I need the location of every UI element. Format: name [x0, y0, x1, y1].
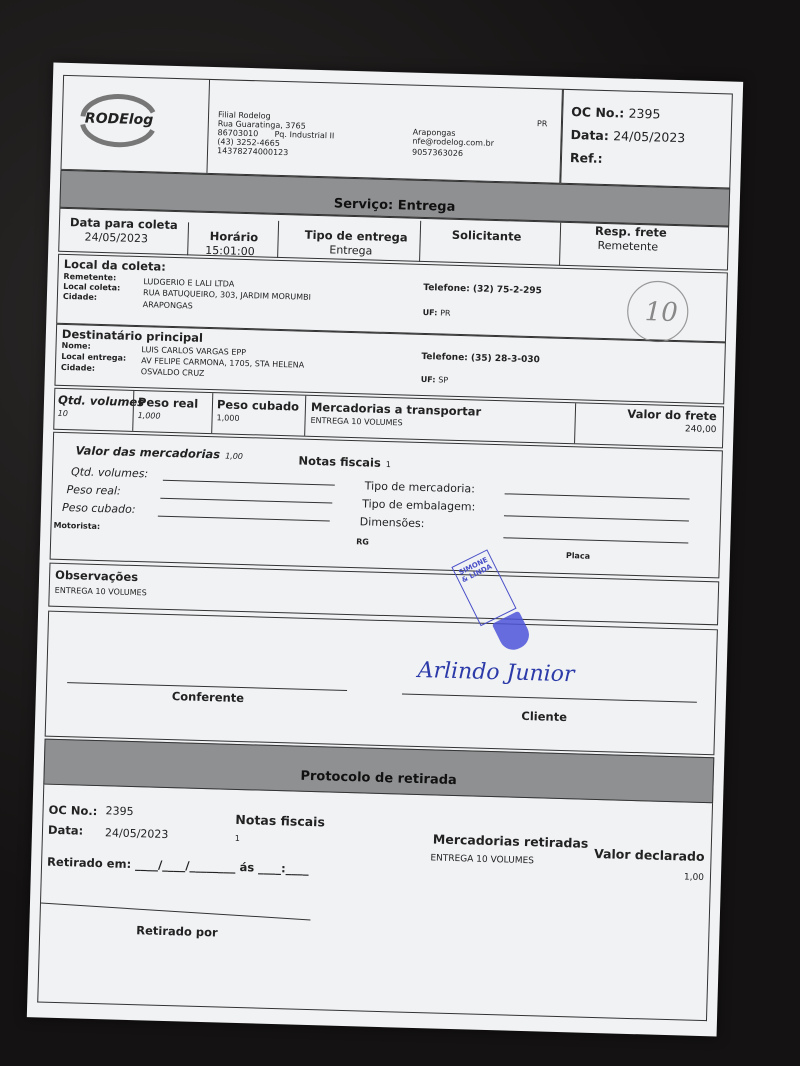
- rodelog-logo-icon: RODElog: [72, 88, 164, 150]
- pickup-title: Local da coleta:: [64, 257, 166, 274]
- withdrawal-invoices-label: Notas fiscais: [235, 812, 325, 829]
- pickup-address-label: Local coleta:: [63, 282, 120, 293]
- field-qtd-volumes-label: Qtd. volumes:: [71, 465, 148, 480]
- signatures-section: Conferente Arlindo Junior Cliente: [45, 611, 718, 756]
- divider: [187, 222, 189, 255]
- cargo-col-0-value: 10: [58, 409, 68, 418]
- pickup-address: RUA BATUQUEIRO, 303, JARDIM MORUMBI: [143, 288, 311, 302]
- field-dimensoes-label: Dimensões:: [360, 515, 425, 530]
- recipient-name-label: Nome:: [61, 341, 90, 351]
- plate-label: Placa: [566, 551, 590, 561]
- goods-value: 1,00: [225, 452, 243, 461]
- service-col-1-value: 15:01:00: [205, 244, 255, 258]
- handwritten-circle-note-icon: 10: [622, 276, 694, 348]
- service-col-0-value: 24/05/2023: [84, 230, 148, 245]
- field-peso-cubado-label: Peso cubado:: [62, 501, 136, 516]
- pickup-phone-label: Telefone:: [423, 283, 470, 294]
- order-info-box: OC No.: 2395 Data: 24/05/2023 Ref.:: [560, 89, 733, 189]
- ref-label: Ref.:: [570, 150, 603, 166]
- divider: [559, 223, 561, 266]
- oc-value: 2395: [628, 106, 660, 122]
- branch-ie: 9057363026: [412, 148, 463, 158]
- recipient-address-label: Local entrega:: [61, 352, 126, 363]
- header-divider: [206, 80, 210, 173]
- observations-title: Observações: [55, 568, 138, 584]
- service-col-4-value: Remetente: [597, 239, 658, 254]
- divider: [277, 221, 279, 258]
- cargo-col-1-value: 1,000: [138, 411, 161, 421]
- recipient-city-label: Cidade:: [61, 363, 95, 373]
- withdrawal-section: OC No.: 2395 Data: 24/05/2023 Notas fisc…: [37, 785, 713, 1022]
- field-tipo-mercadoria-label: Tipo de mercadoria:: [365, 479, 476, 495]
- driver-label: Motorista:: [53, 521, 100, 531]
- withdrawal-date-label: Data:: [48, 823, 84, 838]
- observations-text: ENTREGA 10 VOLUMES: [55, 586, 147, 598]
- cargo-col-4-value: 240,00: [685, 424, 717, 435]
- branch-district: Pq. Industrial II: [274, 130, 334, 141]
- client-signature-line[interactable]: [402, 694, 697, 703]
- field-qtd-volumes-blank[interactable]: [163, 480, 335, 486]
- svg-text:RODElog: RODElog: [85, 110, 154, 128]
- branch-uf: PR: [537, 119, 548, 128]
- at-label: ás: [239, 860, 254, 874]
- cargo-col-1-label: Peso real: [138, 395, 199, 411]
- header-box: RODElog Filial Rodelog Rua Guaratinga, 3…: [60, 75, 562, 184]
- divider: [132, 391, 134, 431]
- withdrawn-by-label: Retirado por: [136, 923, 218, 939]
- pickup-city-label: Cidade:: [63, 292, 97, 302]
- withdrawn-on-date-field[interactable]: ____/____/________: [135, 857, 236, 874]
- field-dimensoes-blank[interactable]: [503, 537, 688, 543]
- withdrawn-on-label: Retirado em:: [47, 855, 131, 871]
- cargo-col-4-label: Valor do frete: [627, 407, 717, 423]
- oc-label: OC No.:: [571, 104, 624, 120]
- service-col-4-label: Resp. frete: [595, 224, 667, 240]
- withdrawal-title: Protocolo de retirada: [300, 769, 457, 788]
- recipient-city: OSVALDO CRUZ: [141, 367, 205, 378]
- pickup-uf: PR: [440, 308, 451, 317]
- field-peso-cubado-blank[interactable]: [158, 516, 330, 522]
- withdrawal-invoices-value: 1: [235, 834, 240, 843]
- branch-cnpj: 14378274000123: [217, 146, 288, 157]
- svg-text:10: 10: [644, 297, 678, 328]
- service-col-3-label: Solicitante: [452, 228, 522, 244]
- divider: [304, 396, 306, 436]
- service-col-2-label: Tipo de entrega: [305, 228, 408, 245]
- cargo-col-0-label: Qtd. volumes: [58, 393, 144, 409]
- withdrawn-time-field[interactable]: ____:____: [258, 861, 309, 876]
- pickup-phone: (32) 75-2-295: [473, 284, 542, 296]
- pickup-sender-label: Remetente:: [63, 272, 116, 282]
- goods-value-label: Valor das mercadorias: [75, 443, 220, 461]
- service-col-2-value: Entrega: [329, 243, 372, 257]
- field-tipo-mercadoria-blank[interactable]: [505, 493, 690, 499]
- field-peso-real-blank[interactable]: [160, 498, 332, 504]
- rg-label: RG: [356, 537, 369, 546]
- date-value: 24/05/2023: [613, 128, 685, 145]
- invoices-value: 1: [386, 460, 391, 469]
- withdrawal-goods-value: ENTREGA 10 VOLUMES: [430, 853, 534, 866]
- recipient-phone-label: Telefone:: [421, 352, 468, 363]
- delivery-order-document: RODElog Filial Rodelog Rua Guaratinga, 3…: [27, 63, 743, 1037]
- pickup-sender: LUDGERIO E LALI LTDA: [143, 277, 234, 289]
- withdrawal-declared-value: 1,00: [684, 872, 704, 883]
- divider: [574, 403, 576, 443]
- pickup-city: ARAPONGAS: [143, 300, 193, 310]
- recipient-name: LUIS CARLOS VARGAS EPP: [141, 345, 246, 357]
- cargo-col-2-value: 1,000: [216, 413, 239, 423]
- divider: [419, 221, 421, 262]
- service-title: Serviço: Entrega: [334, 196, 456, 214]
- pickup-uf-label: UF:: [423, 308, 438, 317]
- branch-email: nfe@rodelog.com.br: [412, 137, 494, 148]
- field-tipo-embalagem-label: Tipo de embalagem:: [362, 497, 475, 513]
- service-col-1-label: Horário: [209, 229, 258, 244]
- field-peso-real-label: Peso real:: [66, 483, 120, 498]
- withdrawal-goods-label: Mercadorias retiradas: [433, 831, 589, 850]
- withdrawal-oc-value: 2395: [105, 804, 133, 818]
- cargo-col-2-label: Peso cubado: [217, 397, 299, 413]
- goods-details-section: Valor das mercadorias 1,00 Notas fiscais…: [50, 432, 723, 579]
- withdrawn-by-signature-line[interactable]: [41, 903, 311, 921]
- withdrawal-declared-label: Valor declarado: [594, 846, 705, 864]
- date-label: Data:: [570, 127, 609, 143]
- checker-label: Conferente: [172, 689, 245, 705]
- withdrawal-date-value: 24/05/2023: [105, 826, 169, 841]
- recipient-uf: SP: [438, 375, 448, 384]
- field-tipo-embalagem-blank[interactable]: [504, 515, 689, 521]
- client-signature: Arlindo Junior: [417, 658, 575, 687]
- withdrawal-oc-label: OC No.:: [48, 803, 97, 818]
- recipient-phone: (35) 28-3-030: [471, 353, 540, 365]
- client-label: Cliente: [521, 709, 567, 724]
- recipient-uf-label: UF:: [421, 375, 436, 384]
- divider: [211, 393, 213, 433]
- cargo-col-3-value: ENTREGA 10 VOLUMES: [310, 416, 402, 428]
- invoices-label: Notas fiscais: [298, 454, 381, 470]
